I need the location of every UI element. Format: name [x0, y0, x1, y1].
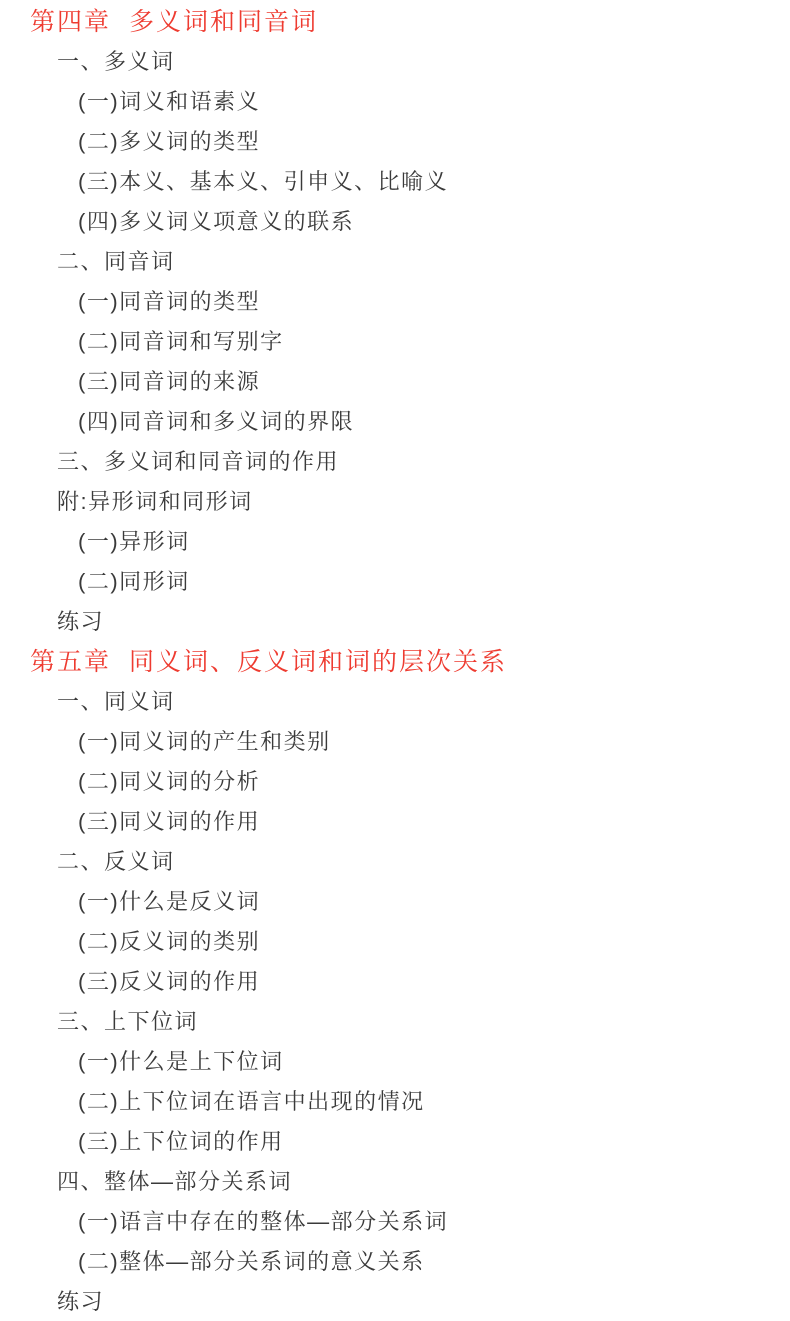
toc-entry[interactable]: 二、同音词 — [0, 240, 790, 280]
chapter-heading[interactable]: 第五章同义词、反义词和词的层次关系 — [0, 640, 790, 680]
toc-entry[interactable]: (三)同音词的来源 — [0, 360, 790, 400]
toc-entry[interactable]: (三)本义、基本义、引申义、比喻义 — [0, 160, 790, 200]
toc-entry[interactable]: (二)反义词的类别 — [0, 920, 790, 960]
toc-entry[interactable]: 四、整体—部分关系词 — [0, 1160, 790, 1200]
toc-entry[interactable]: 练习 — [0, 1280, 790, 1320]
toc-entry[interactable]: (二)整体—部分关系词的意义关系 — [0, 1240, 790, 1280]
toc-entry[interactable]: (二)多义词的类型 — [0, 120, 790, 160]
toc-entry[interactable]: (二)同音词和写别字 — [0, 320, 790, 360]
table-of-contents: 第四章多义词和同音词一、多义词(一)词义和语素义(二)多义词的类型(三)本义、基… — [0, 0, 790, 1320]
toc-entry[interactable]: (三)上下位词的作用 — [0, 1120, 790, 1160]
chapter-number: 第四章 — [30, 2, 111, 38]
toc-entry[interactable]: 练习 — [0, 600, 790, 640]
toc-entry[interactable]: (一)语言中存在的整体—部分关系词 — [0, 1200, 790, 1240]
chapter-title: 同义词、反义词和词的层次关系 — [129, 642, 507, 678]
toc-entry[interactable]: (二)同义词的分析 — [0, 760, 790, 800]
chapter-heading[interactable]: 第四章多义词和同音词 — [0, 0, 790, 40]
toc-entry[interactable]: (二)上下位词在语言中出现的情况 — [0, 1080, 790, 1120]
toc-entry[interactable]: (一)词义和语素义 — [0, 80, 790, 120]
toc-entry[interactable]: (一)同音词的类型 — [0, 280, 790, 320]
toc-entry[interactable]: 一、多义词 — [0, 40, 790, 80]
toc-entry[interactable]: (四)多义词义项意义的联系 — [0, 200, 790, 240]
toc-entry[interactable]: (一)异形词 — [0, 520, 790, 560]
toc-entry[interactable]: (一)同义词的产生和类别 — [0, 720, 790, 760]
toc-entry[interactable]: (三)同义词的作用 — [0, 800, 790, 840]
toc-entry[interactable]: 一、同义词 — [0, 680, 790, 720]
toc-entry[interactable]: 三、上下位词 — [0, 1000, 790, 1040]
toc-entry[interactable]: (三)反义词的作用 — [0, 960, 790, 1000]
toc-entry[interactable]: (一)什么是反义词 — [0, 880, 790, 920]
toc-entry[interactable]: 二、反义词 — [0, 840, 790, 880]
toc-entry[interactable]: (一)什么是上下位词 — [0, 1040, 790, 1080]
toc-entry[interactable]: (二)同形词 — [0, 560, 790, 600]
chapter-title: 多义词和同音词 — [129, 2, 318, 38]
toc-entry[interactable]: (四)同音词和多义词的界限 — [0, 400, 790, 440]
toc-entry[interactable]: 三、多义词和同音词的作用 — [0, 440, 790, 480]
chapter-number: 第五章 — [30, 642, 111, 678]
toc-entry[interactable]: 附:异形词和同形词 — [0, 480, 790, 520]
